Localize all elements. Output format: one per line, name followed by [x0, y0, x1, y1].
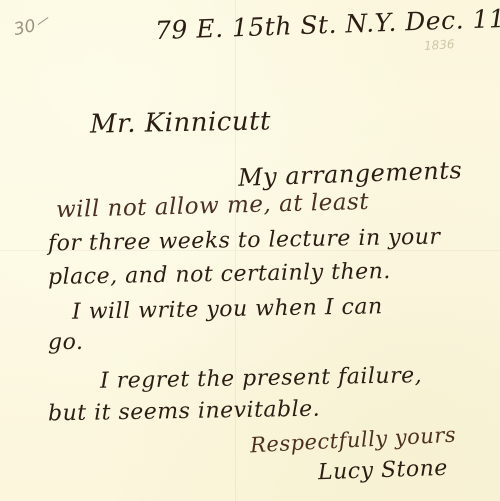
letter-salutation: Mr. Kinnicutt [90, 106, 271, 139]
letter-body-line-1: My arrangements [238, 156, 463, 192]
letter-signature: Lucy Stone [318, 456, 449, 486]
letter-closing: Respectfully yours [250, 423, 457, 458]
letter-body-line-7: I regret the present failure, [100, 363, 423, 394]
archive-number: 1836 [424, 37, 455, 53]
letter-body-line-5: I will write you when I can [72, 294, 383, 324]
letter-body-line-2: will not allow me, at least [56, 189, 370, 223]
letter-page: 30 — 1836 79 E. 15th St. N.Y. Dec. 11 Mr… [0, 0, 500, 501]
letter-body-line-8: but it seems inevitable. [48, 397, 321, 427]
letter-body-line-6: go. [48, 330, 83, 355]
letter-body-line-4: place, and not certainly then. [48, 259, 391, 290]
letter-body-line-3: for three weeks to lecture in your [48, 225, 441, 257]
